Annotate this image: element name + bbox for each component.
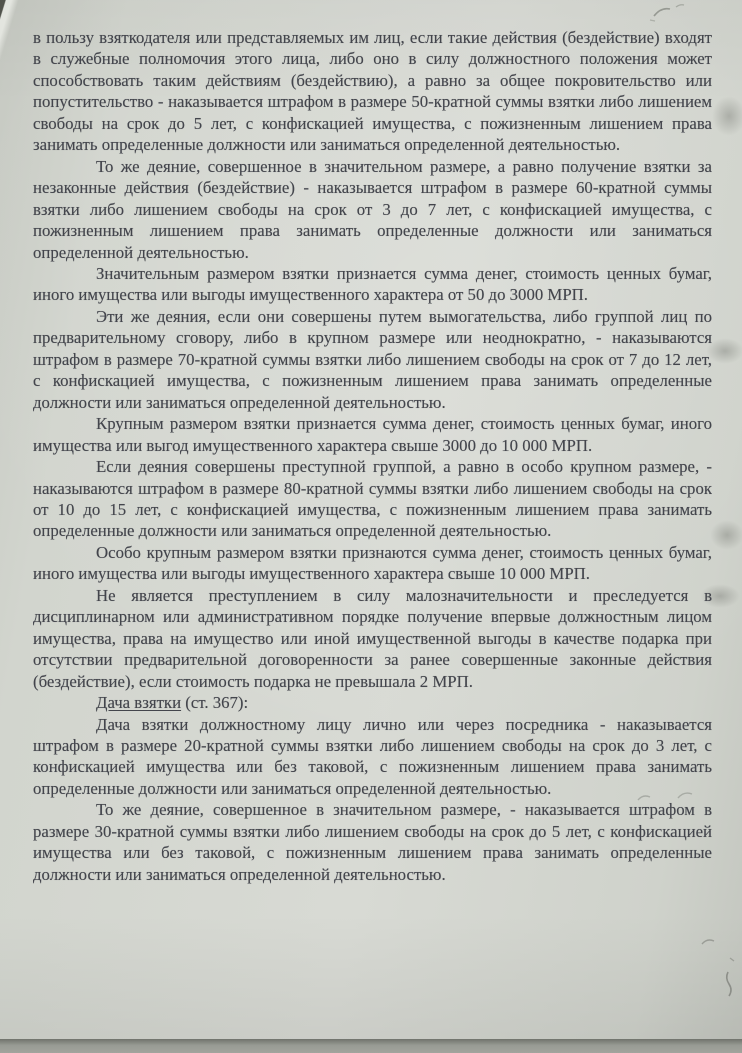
table-surface-band [0, 1039, 742, 1053]
paragraph: в пользу взяткодателя или представляемых… [33, 27, 712, 156]
paragraph: Значительным размером взятки признается … [33, 263, 712, 306]
section-heading: Дача взятки (ст. 367): [33, 692, 712, 713]
document-text: в пользу взяткодателя или представляемых… [33, 27, 712, 1035]
paragraph: То же деяние, совершенное в значительном… [33, 156, 712, 263]
paragraph: Если деяния совершены преступной группой… [33, 456, 712, 542]
paragraph: Эти же деяния, если они совершены путем … [33, 306, 712, 413]
heading-underlined-text: Дача взятки [96, 693, 181, 712]
paragraph: Особо крупным размером взятки признаются… [33, 542, 712, 585]
paragraph: Дача взятки должностному лицу лично или … [33, 714, 712, 800]
paragraph: Крупным размером взятки признается сумма… [33, 413, 712, 456]
paragraph: Не является преступлением в силу малозна… [33, 585, 712, 692]
photo-background: в пользу взяткодателя или представляемых… [0, 0, 742, 1053]
smudge [710, 520, 742, 550]
pencil-scribble-top-right [640, 0, 720, 26]
heading-rest-text: (ст. 367): [181, 693, 248, 712]
page-corner-shadow [0, 0, 34, 92]
paragraph: То же деяние, совершенное в значительном… [33, 799, 712, 885]
smudge [712, 96, 742, 136]
document-page: в пользу взяткодателя или представляемых… [0, 0, 742, 1039]
